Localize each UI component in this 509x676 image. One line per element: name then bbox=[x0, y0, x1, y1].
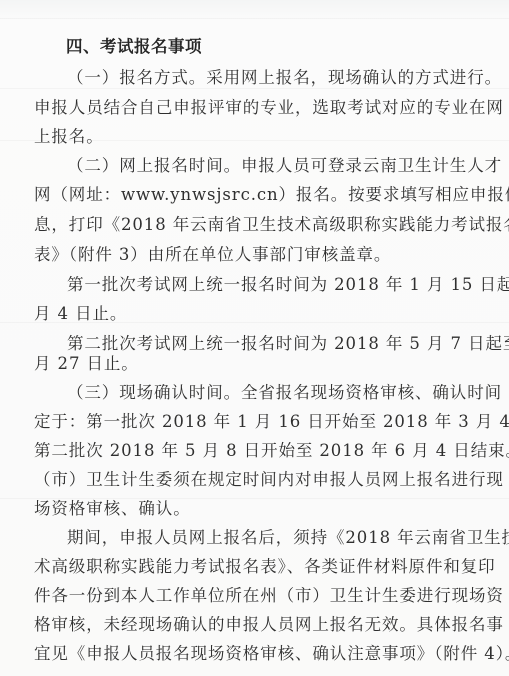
document-page: 四、考试报名事项 （一）报名方式。采用网上报名，现场确认的方式进行。 申报人员结… bbox=[0, 0, 509, 676]
paragraph-line: 期间，申报人员网上报名后，须持《2018 年云南省卫生技 bbox=[34, 528, 474, 548]
paragraph-line: 息，打印《2018 年云南省卫生技术高级职称实践能力考试报名 bbox=[34, 215, 474, 235]
paragraph-line: 术高级职称实践能力考试报名表》、各类证件材料原件和复印 bbox=[34, 557, 474, 577]
section-heading: 四、考试报名事项 bbox=[66, 37, 202, 57]
paragraph-line: 月 4 日止。 bbox=[34, 304, 474, 324]
paragraph-line: 申报人员结合自己申报评审的专业，选取考试对应的专业在网 bbox=[34, 98, 474, 118]
scan-artifact bbox=[0, 88, 509, 89]
paragraph-line: 网（网址：www.ynwsjsrc.cn）报名。按要求填写相应申报信 bbox=[34, 185, 474, 205]
paragraph-line: 第一批次考试网上统一报名时间为 2018 年 1 月 15 日起至 2 bbox=[34, 275, 474, 295]
paragraph-line: 第二批次考试网上统一报名时间为 2018 年 5 月 7 日起至 5 bbox=[34, 334, 474, 354]
scan-artifact bbox=[0, 18, 509, 19]
paragraph-line: 定于：第一批次 2018 年 1 月 16 日开始至 2018 年 3 月 4 … bbox=[34, 412, 474, 432]
paragraph-line: （市）卫生计生委须在规定时间内对申报人员网上报名进行现 bbox=[34, 470, 474, 490]
paragraph-line: 场资格审核、确认。 bbox=[34, 499, 474, 519]
paragraph-line: （三）现场确认时间。全省报名现场资格审核、确认时间 bbox=[34, 383, 474, 403]
paragraph-line: 格审核，未经现场确认的申报人员网上报名无效。具体报名事 bbox=[34, 615, 474, 635]
paragraph-line: 第二批次 2018 年 5 月 8 日开始至 2018 年 6 月 4 日结束。… bbox=[34, 441, 474, 461]
paragraph-line: 上报名。 bbox=[34, 127, 474, 147]
paragraph-line: 月 27 日止。 bbox=[34, 354, 474, 374]
paragraph-line: 宜见《申报人员报名现场资格审核、确认注意事项》（附件 4）。 bbox=[34, 644, 474, 664]
paragraph-line: 件各一份到本人工作单位所在州（市）卫生计生委进行现场资 bbox=[34, 586, 474, 606]
paragraph-line: 表》（附件 3）由所在单位人事部门审核盖章。 bbox=[34, 245, 474, 265]
paragraph-line: （二）网上报名时间。申报人员可登录云南卫生计生人才 bbox=[34, 156, 474, 176]
paragraph-line: （一）报名方式。采用网上报名，现场确认的方式进行。 bbox=[34, 68, 474, 88]
